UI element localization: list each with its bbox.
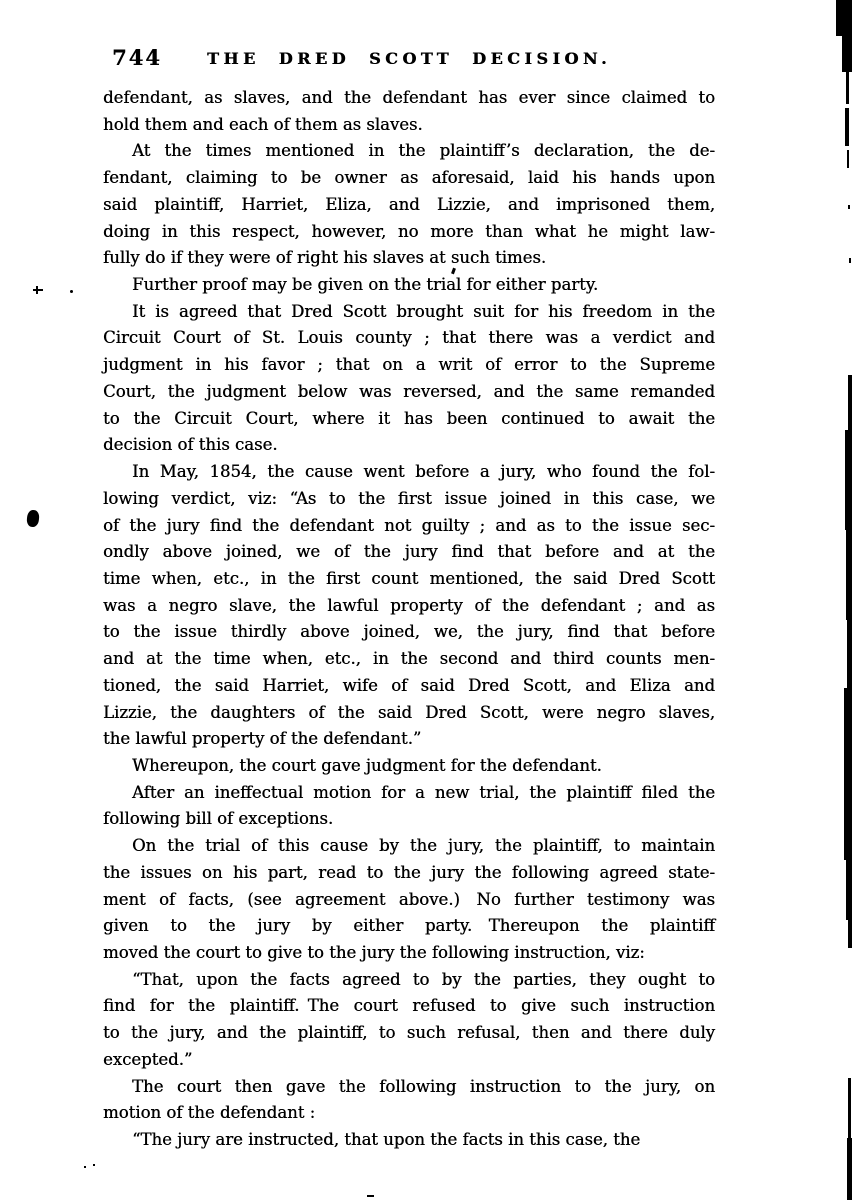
paragraph: Further proof may be given on the trial … [103, 272, 715, 299]
text-line: time when, etc., in the first count ment… [103, 566, 715, 593]
margin-dot [84, 1166, 86, 1168]
text-line: “The jury are instructed, that upon the … [103, 1127, 715, 1154]
text-line: fendant, claiming to be owner as aforesa… [103, 165, 715, 192]
text-line: motion of the defendant : [103, 1100, 715, 1127]
text-line: ment of facts, (see agreement above.) No… [103, 887, 715, 914]
text-line: of the jury find the defendant not guilt… [103, 513, 715, 540]
text-line: After an ineffectual motion for a new tr… [103, 780, 715, 807]
text-line: tioned, the said Harriet, wife of said D… [103, 673, 715, 700]
scan-edge-artifact [845, 108, 849, 146]
text-line: excepted.” [103, 1047, 715, 1074]
margin-dot [93, 1164, 95, 1166]
text-line: decision of this case. [103, 432, 715, 459]
text-line: Circuit Court of St. Louis county ; that… [103, 325, 715, 352]
paragraph: defendant, as slaves, and the defendant … [103, 85, 715, 138]
text-line: “That, upon the facts agreed to by the p… [103, 967, 715, 994]
text-line: the issues on his part, read to the jury… [103, 860, 715, 887]
text-line: The court then gave the following instru… [103, 1074, 715, 1101]
text-line: to the issue thirdly above joined, we, t… [103, 619, 715, 646]
scan-edge-artifact [844, 688, 852, 860]
text-line: moved the court to give to the jury the … [103, 940, 715, 967]
text-line: doing in this respect, however, no more … [103, 219, 715, 246]
paragraph: At the times mentioned in the plaintiff’… [103, 138, 715, 272]
text-line: the lawful property of the defendant.” [103, 726, 715, 753]
text-line: was a negro slave, the lawful property o… [103, 593, 715, 620]
text-line: following bill of exceptions. [103, 806, 715, 833]
scan-edge-artifact [848, 1078, 851, 1140]
ink-dash [367, 1195, 374, 1197]
paragraph: On the trial of this cause by the jury, … [103, 833, 715, 967]
scan-edge-artifact [846, 528, 852, 620]
book-page: 744 THE DRED SCOTT DECISION. defendant, … [0, 0, 852, 1200]
margin-mark-cross [36, 286, 38, 294]
text-line: said plaintiff, Harriet, Eliza, and Lizz… [103, 192, 715, 219]
paragraph: “The jury are instructed, that upon the … [103, 1127, 715, 1154]
text-line: to the Circuit Court, where it has been … [103, 406, 715, 433]
text-line: Court, the judgment below was reversed, … [103, 379, 715, 406]
text-line: Lizzie, the daughters of the said Dred S… [103, 700, 715, 727]
text-line: Further proof may be given on the trial … [103, 272, 715, 299]
text-line: given to the jury by either party. There… [103, 913, 715, 940]
paragraph: The court then gave the following instru… [103, 1074, 715, 1127]
margin-dot [70, 290, 73, 293]
scan-edge-artifact [848, 918, 852, 948]
text-line: Whereupon, the court gave judgment for t… [103, 753, 715, 780]
paragraph: After an ineffectual motion for a new tr… [103, 780, 715, 833]
scan-edge-artifact [846, 70, 849, 104]
text-line: At the times mentioned in the plaintiff’… [103, 138, 715, 165]
scan-edge-artifact [847, 1138, 852, 1200]
scan-edge-artifact [846, 858, 852, 920]
paragraph: It is agreed that Dred Scott brought sui… [103, 299, 715, 459]
running-title: THE DRED SCOTT DECISION. [103, 49, 715, 68]
scan-edge-artifact [842, 30, 852, 72]
scan-edge-artifact [847, 150, 849, 168]
text-line: and at the time when, etc., in the secon… [103, 646, 715, 673]
scan-edge-artifact [848, 205, 850, 209]
text-line: find for the plaintiff. The court refuse… [103, 993, 715, 1020]
text-line: ondly above joined, we of the jury find … [103, 539, 715, 566]
margin-mark-cross [33, 289, 43, 291]
text-line: judgment in his favor ; that on a writ o… [103, 352, 715, 379]
scan-edge-artifact [845, 430, 852, 530]
scan-edge-artifact [847, 618, 852, 690]
text-line: On the trial of this cause by the jury, … [103, 833, 715, 860]
text-line: to the jury, and the plaintiff, to such … [103, 1020, 715, 1047]
text-line: lowing verdict, viz: “As to the first is… [103, 486, 715, 513]
paragraph: “That, upon the facts agreed to by the p… [103, 967, 715, 1074]
paragraph: Whereupon, the court gave judgment for t… [103, 753, 715, 780]
text-line: defendant, as slaves, and the defendant … [103, 85, 715, 112]
text-block: defendant, as slaves, and the defendant … [103, 85, 715, 1154]
text-line: It is agreed that Dred Scott brought sui… [103, 299, 715, 326]
text-line: fully do if they were of right his slave… [103, 245, 715, 272]
text-line: hold them and each of them as slaves. [103, 112, 715, 139]
text-line: In May, 1854, the cause went before a ju… [103, 459, 715, 486]
ink-blot [26, 509, 40, 527]
scan-edge-artifact [848, 375, 852, 433]
scan-edge-artifact [849, 258, 851, 263]
paragraph: In May, 1854, the cause went before a ju… [103, 459, 715, 753]
